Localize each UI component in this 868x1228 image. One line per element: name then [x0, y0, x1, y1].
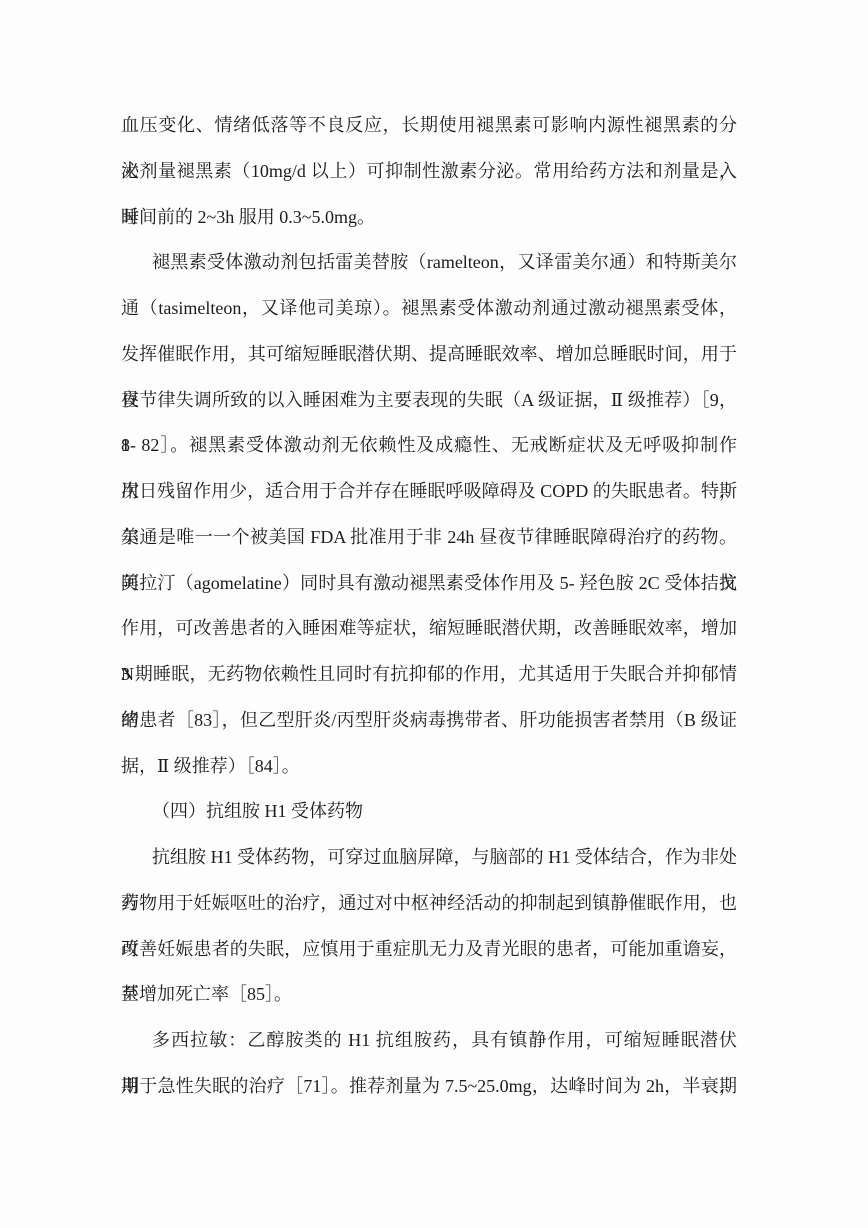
- document-page: 血压变化、情绪低落等不良反应，长期使用褪黑素可影响内源性褪黑素的分泌，大剂量褪黑…: [0, 0, 868, 1228]
- text-line: 改善妊娠患者的失眠，应慎用于重症肌无力及青光眼的患者，可能加重谵妄，甚: [121, 927, 737, 973]
- text-line: 据，Ⅱ 级推荐）［84］。: [121, 744, 737, 790]
- text-line: 作用，可改善患者的入睡困难等症状，缩短睡眠潜伏期，改善睡眠效率，增加 N: [121, 606, 737, 652]
- section-heading-line: （四）抗组胺 H1 受体药物: [121, 789, 737, 835]
- text-line: 的患者［83］，但乙型肝炎/丙型肝炎病毒携带者、肝功能损害者禁用（B 级证: [121, 698, 737, 744]
- text-line: 发挥催眠作用，其可缩短睡眠潜伏期、提高睡眠效率、增加总睡眠时间，用于昼: [121, 332, 737, 378]
- document-text-block: 血压变化、情绪低落等不良反应，长期使用褪黑素可影响内源性褪黑素的分泌，大剂量褪黑…: [121, 103, 737, 1110]
- text-line: 至增加死亡率［85］。: [121, 972, 737, 1018]
- text-line: 次日残留作用少，适合用于合并存在睡眠呼吸障碍及 COPD 的失眠患者。特斯美: [121, 469, 737, 515]
- text-line: 多西拉敏：乙醇胺类的 H1 抗组胺药，具有镇静作用，可缩短睡眠潜伏期，: [121, 1018, 737, 1064]
- text-line: 药物用于妊娠呕吐的治疗，通过对中枢神经活动的抑制起到镇静催眠作用，也可: [121, 881, 737, 927]
- text-line: 抗组胺 H1 受体药物，可穿过血脑屏障，与脑部的 H1 受体结合，作为非处方: [121, 835, 737, 881]
- text-line: 褪黑素受体激动剂包括雷美替胺（ramelteon，又译雷美尔通）和特斯美尔: [121, 240, 737, 286]
- text-line: 尔通是唯一一个被美国 FDA 批准用于非 24h 昼夜节律睡眠障碍治疗的药物。阿…: [121, 515, 737, 561]
- text-line: 血压变化、情绪低落等不良反应，长期使用褪黑素可影响内源性褪黑素的分泌，: [121, 103, 737, 149]
- text-line: 时间前的 2~3h 服用 0.3~5.0mg。: [121, 195, 737, 241]
- text-line: 1- 82］。褪黑素受体激动剂无依赖性及成瘾性、无戒断症状及无呼吸抑制作用，: [121, 423, 737, 469]
- text-line: 美拉汀（agomelatine）同时具有激动褪黑素受体作用及 5- 羟色胺 2C…: [121, 561, 737, 607]
- text-line: 大剂量褪黑素（10mg/d 以上）可抑制性激素分泌。常用给药方法和剂量是入睡: [121, 149, 737, 195]
- text-line: 用于急性失眠的治疗［71］。推荐剂量为 7.5~25.0mg，达峰时间为 2h，…: [121, 1064, 737, 1110]
- text-line: 通（tasimelteon，又译他司美琼）。褪黑素受体激动剂通过激动褪黑素受体，: [121, 286, 737, 332]
- text-line: 夜节律失调所致的以入睡困难为主要表现的失眠（A 级证据，Ⅱ 级推荐）［9，8: [121, 378, 737, 424]
- text-line: 3 期睡眠，无药物依赖性且同时有抗抑郁的作用，尤其适用于失眠合并抑郁情绪: [121, 652, 737, 698]
